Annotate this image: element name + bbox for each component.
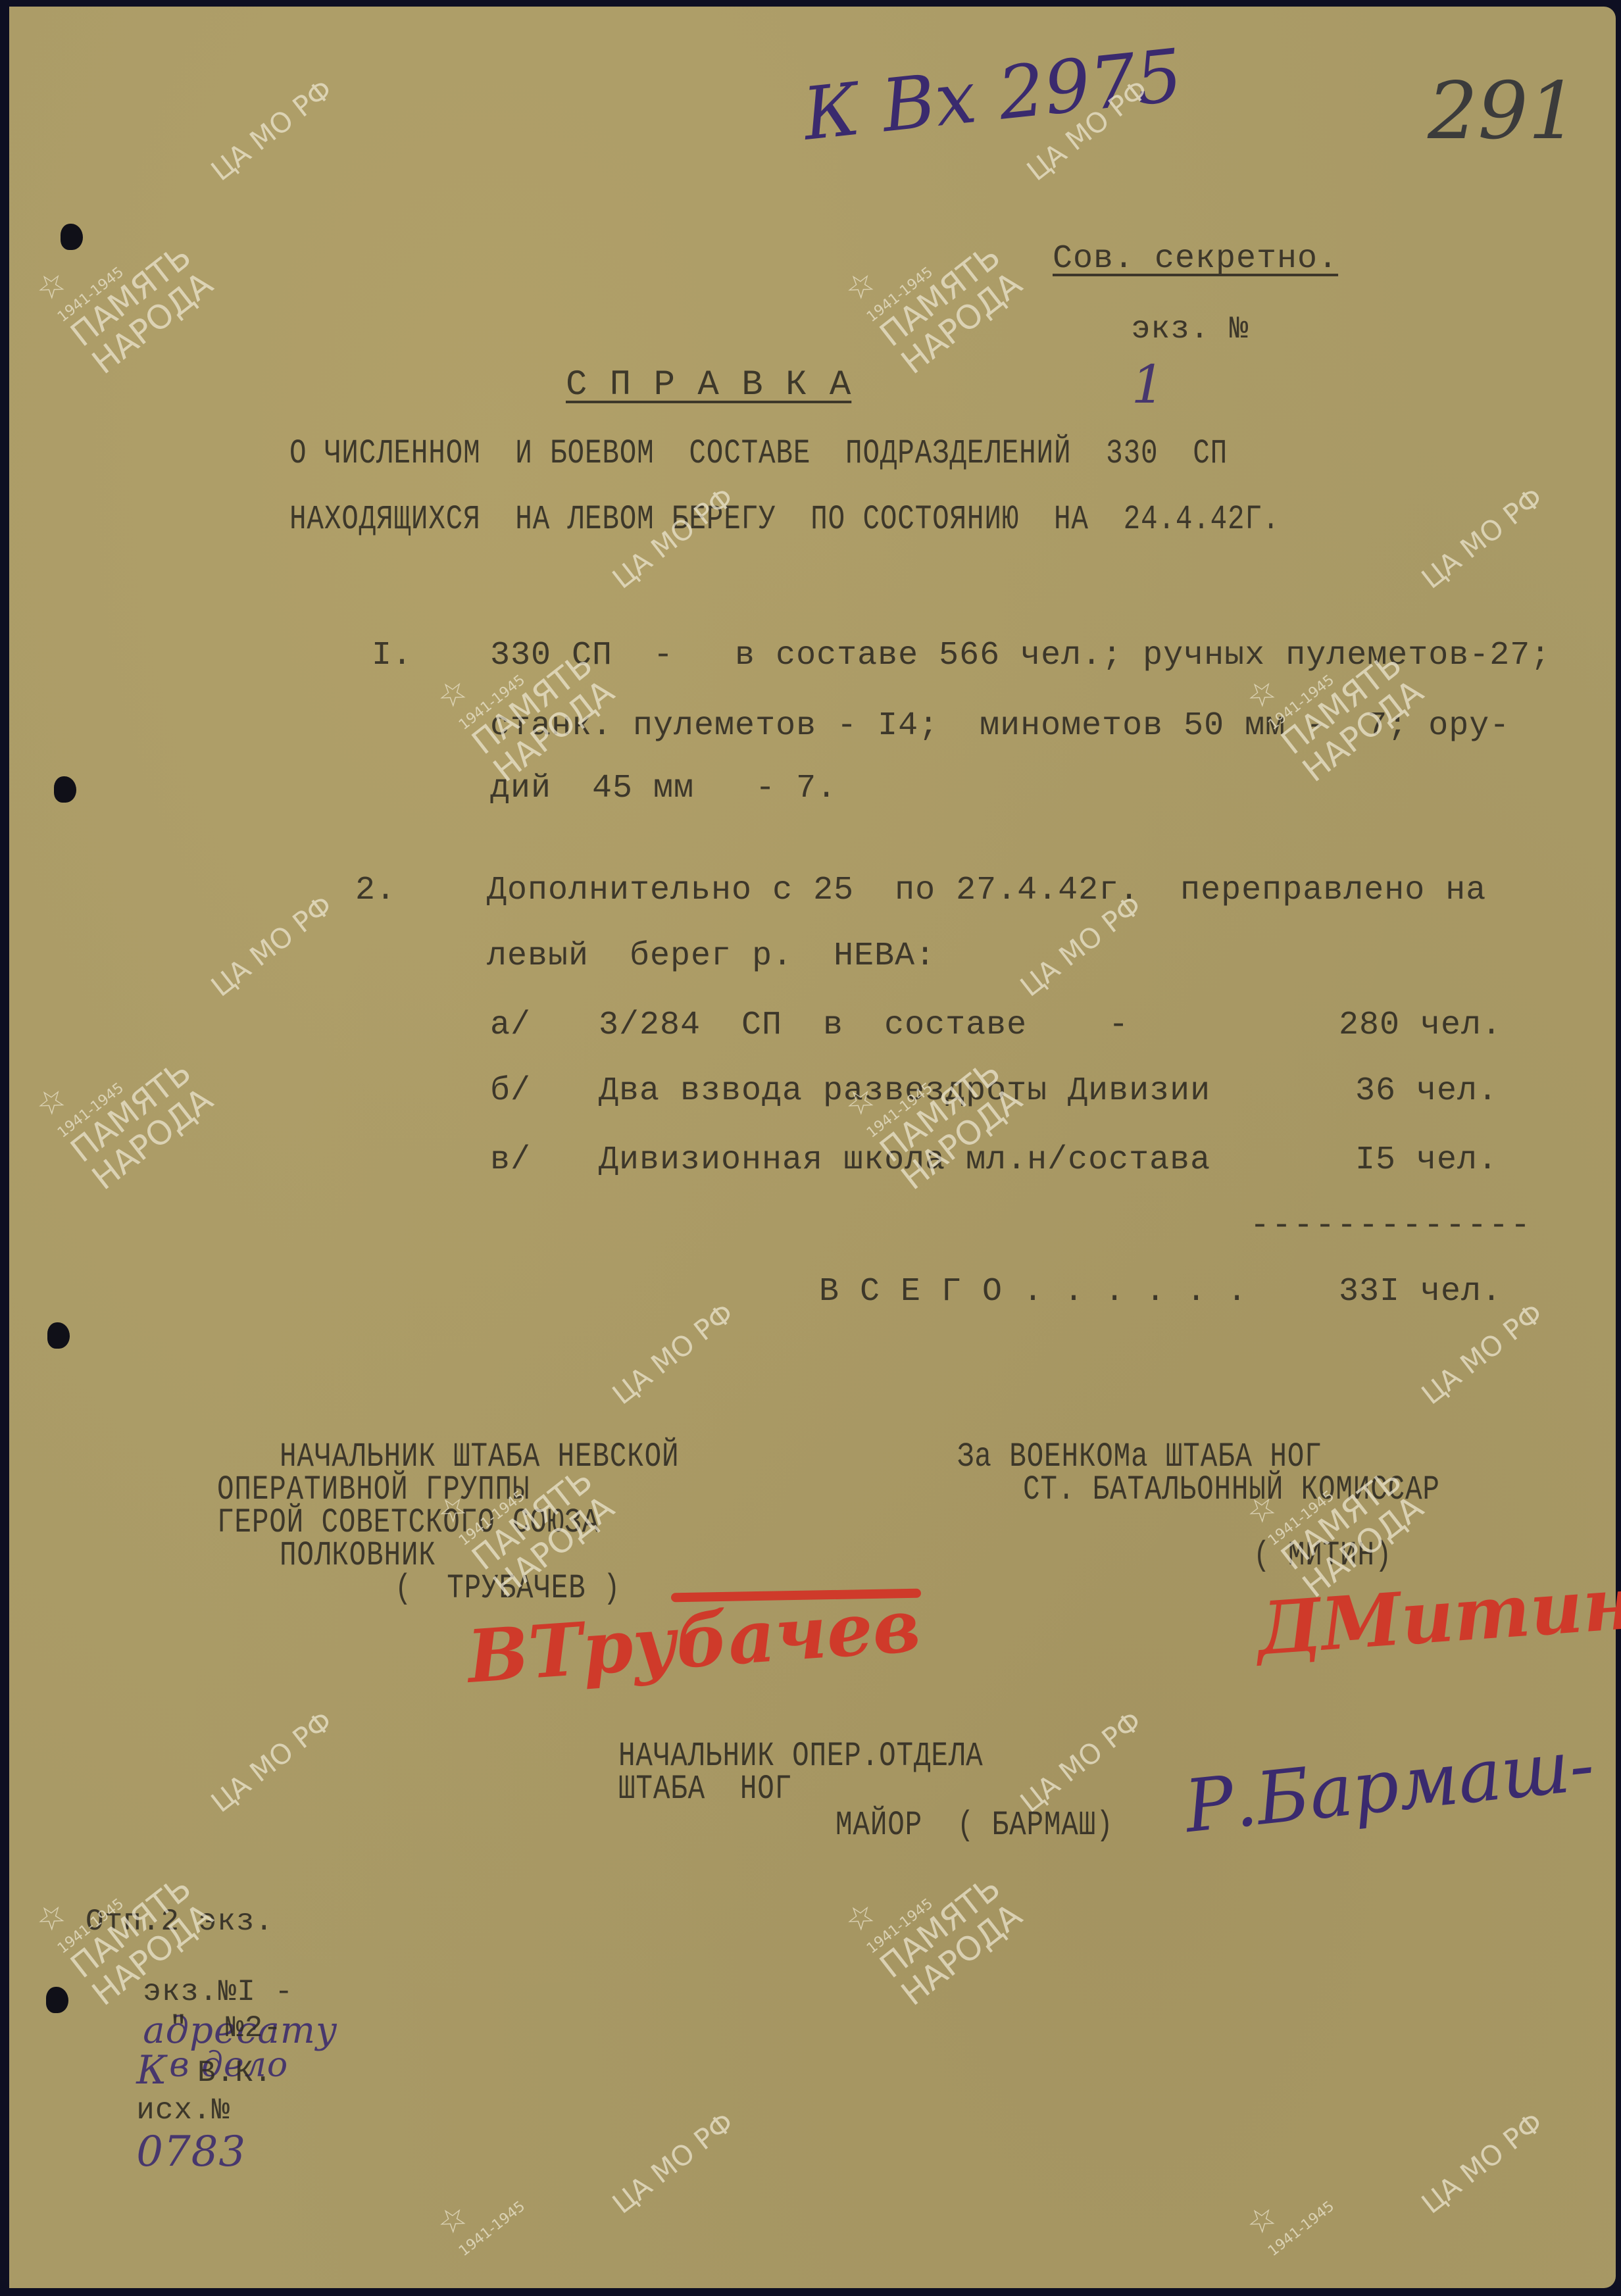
punch-hole <box>54 776 76 803</box>
item-label: 3/284 СП в составе - <box>599 1007 1129 1044</box>
item-count: 36 чел. <box>1355 1072 1498 1110</box>
title-subtitle-line2: НАХОДЯЩИХСЯ НА ЛЕВОМ БЕРЕГУ ПО СОСТОЯНИЮ… <box>289 500 1280 539</box>
section1-line3: дий 45 мм - 7. <box>490 770 837 807</box>
item-count: I5 чел. <box>1355 1141 1498 1179</box>
distribution-initials: В.К. <box>197 2056 272 2090</box>
section2-line2: левый берег р. НЕВА: <box>487 937 935 975</box>
outgoing-number: 0783 <box>136 2128 246 2176</box>
section2-number: 2. <box>355 872 396 909</box>
outgoing-label: исх.№ <box>136 2093 230 2128</box>
item-marker: б/ <box>490 1072 531 1110</box>
signer-bottom-title2: ШТАБА НОГ <box>618 1770 792 1809</box>
copy-label-text: экз. № <box>1132 312 1249 347</box>
section2-line1: Дополнительно с 25 по 27.4.42г. переправ… <box>487 872 1486 909</box>
document-title: С П Р А В К А <box>566 365 851 405</box>
punch-hole <box>47 1322 70 1349</box>
title-subtitle-line1: О ЧИСЛЕННОМ И БОЕВОМ СОСТАВЕ ПОДРАЗДЕЛЕН… <box>289 434 1228 473</box>
item-marker: а/ <box>490 1007 531 1044</box>
classification-stamp: Сов. секретно. <box>1053 240 1338 278</box>
distribution-outgoing: К исх.№ 0783 <box>99 2013 246 2176</box>
section1-number: I. <box>372 637 412 674</box>
signer-bottom-rank-name: МАЙОР ( БАРМАШ) <box>835 1806 1114 1845</box>
total-separator: ------------- <box>1250 1207 1532 1245</box>
item-marker: в/ <box>490 1141 531 1179</box>
total-label: В С Е Г О . . . . . . <box>819 1273 1247 1310</box>
total-value: 33I чел. <box>1339 1273 1502 1310</box>
item-count: 280 чел. <box>1339 1007 1502 1044</box>
page-number: 291 <box>1428 66 1578 157</box>
outgoing-prefix: К <box>136 2047 167 2093</box>
copy-label: экз. № 1 <box>1092 276 1249 409</box>
punch-hole <box>46 1987 68 2013</box>
copy-number: 1 <box>1132 354 1166 415</box>
